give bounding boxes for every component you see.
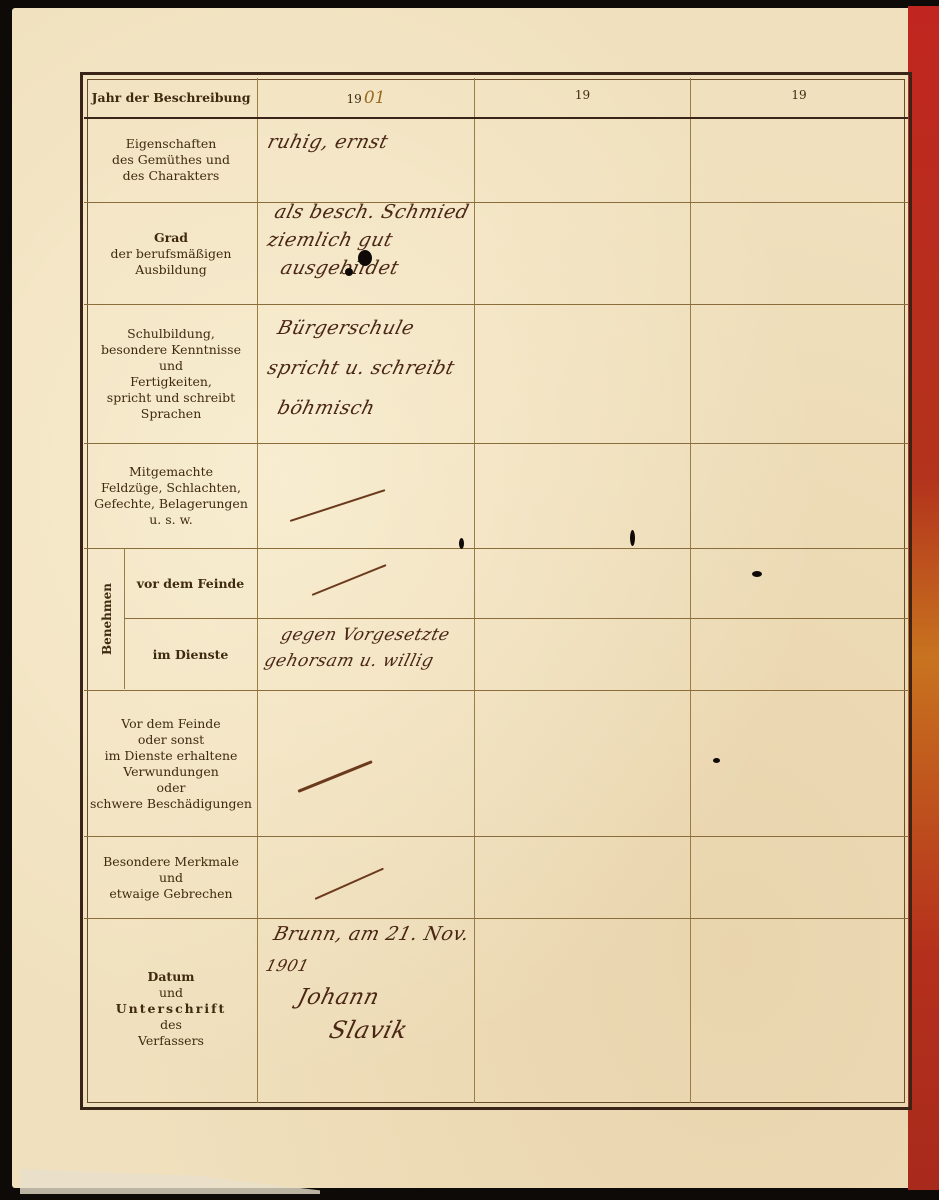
col-divider-1: [474, 78, 475, 1103]
ink-blot: [345, 268, 353, 276]
col-divider-label: [257, 78, 258, 1103]
red-binding-edge: [908, 6, 939, 1190]
row-label-marks: Besondere Merkmaleundetwaige Gebrechen: [86, 837, 256, 918]
year-col-3: 19: [691, 88, 907, 102]
year-prefix: 19: [347, 92, 362, 106]
row-label-campaigns: MitgemachteFeldzüge, Schlachten,Gefechte…: [86, 444, 256, 548]
row-label-schooling: Schulbildung,besondere KenntnisseundFert…: [86, 305, 256, 443]
header-label-text: Jahr der Beschreibung: [92, 90, 251, 106]
col-divider-2: [690, 78, 691, 1103]
header-label: Jahr der Beschreibung: [86, 80, 256, 116]
ink-speck: [459, 538, 464, 549]
row-label-training: Gradder berufsmäßigenAusbildung: [86, 203, 256, 304]
ink-speck: [630, 530, 635, 546]
year-col-1: 1901: [258, 88, 474, 108]
ink-speck: [752, 571, 762, 577]
year-prefix: 19: [791, 88, 806, 102]
year-handwritten: 01: [364, 88, 386, 108]
year-col-2: 19: [475, 88, 690, 102]
entry-schooling: Bürgerschule spricht u. schreibt böhmisc…: [253, 308, 469, 428]
row-label-conduct-service: im Dienste: [125, 619, 256, 690]
row-label-wounds: Vor dem Feindeoder sonstim Dienste erhal…: [86, 691, 256, 836]
row-label-character: Eigenschaftendes Gemüthes unddes Charakt…: [86, 118, 256, 202]
ink-blot: [358, 250, 372, 266]
year-prefix: 19: [575, 88, 590, 102]
entry-conduct-service: gegen Vorgesetzte gehorsam u. willig: [262, 622, 453, 674]
entry-signature: Brunn, am 21. Nov. 1901 Johann Slavik: [246, 918, 473, 1046]
entry-character: ruhig, ernst: [265, 130, 391, 154]
entry-training: als besch. Schmied ziemlich gut ausgebil…: [258, 198, 473, 282]
row-label-signature: DatumundUnterschriftdesVerfassers: [86, 919, 256, 1099]
group-label-benehmen: Benehmen: [92, 548, 122, 689]
row-label-conduct-enemy: vor dem Feinde: [125, 549, 256, 618]
ink-speck: [713, 758, 720, 763]
